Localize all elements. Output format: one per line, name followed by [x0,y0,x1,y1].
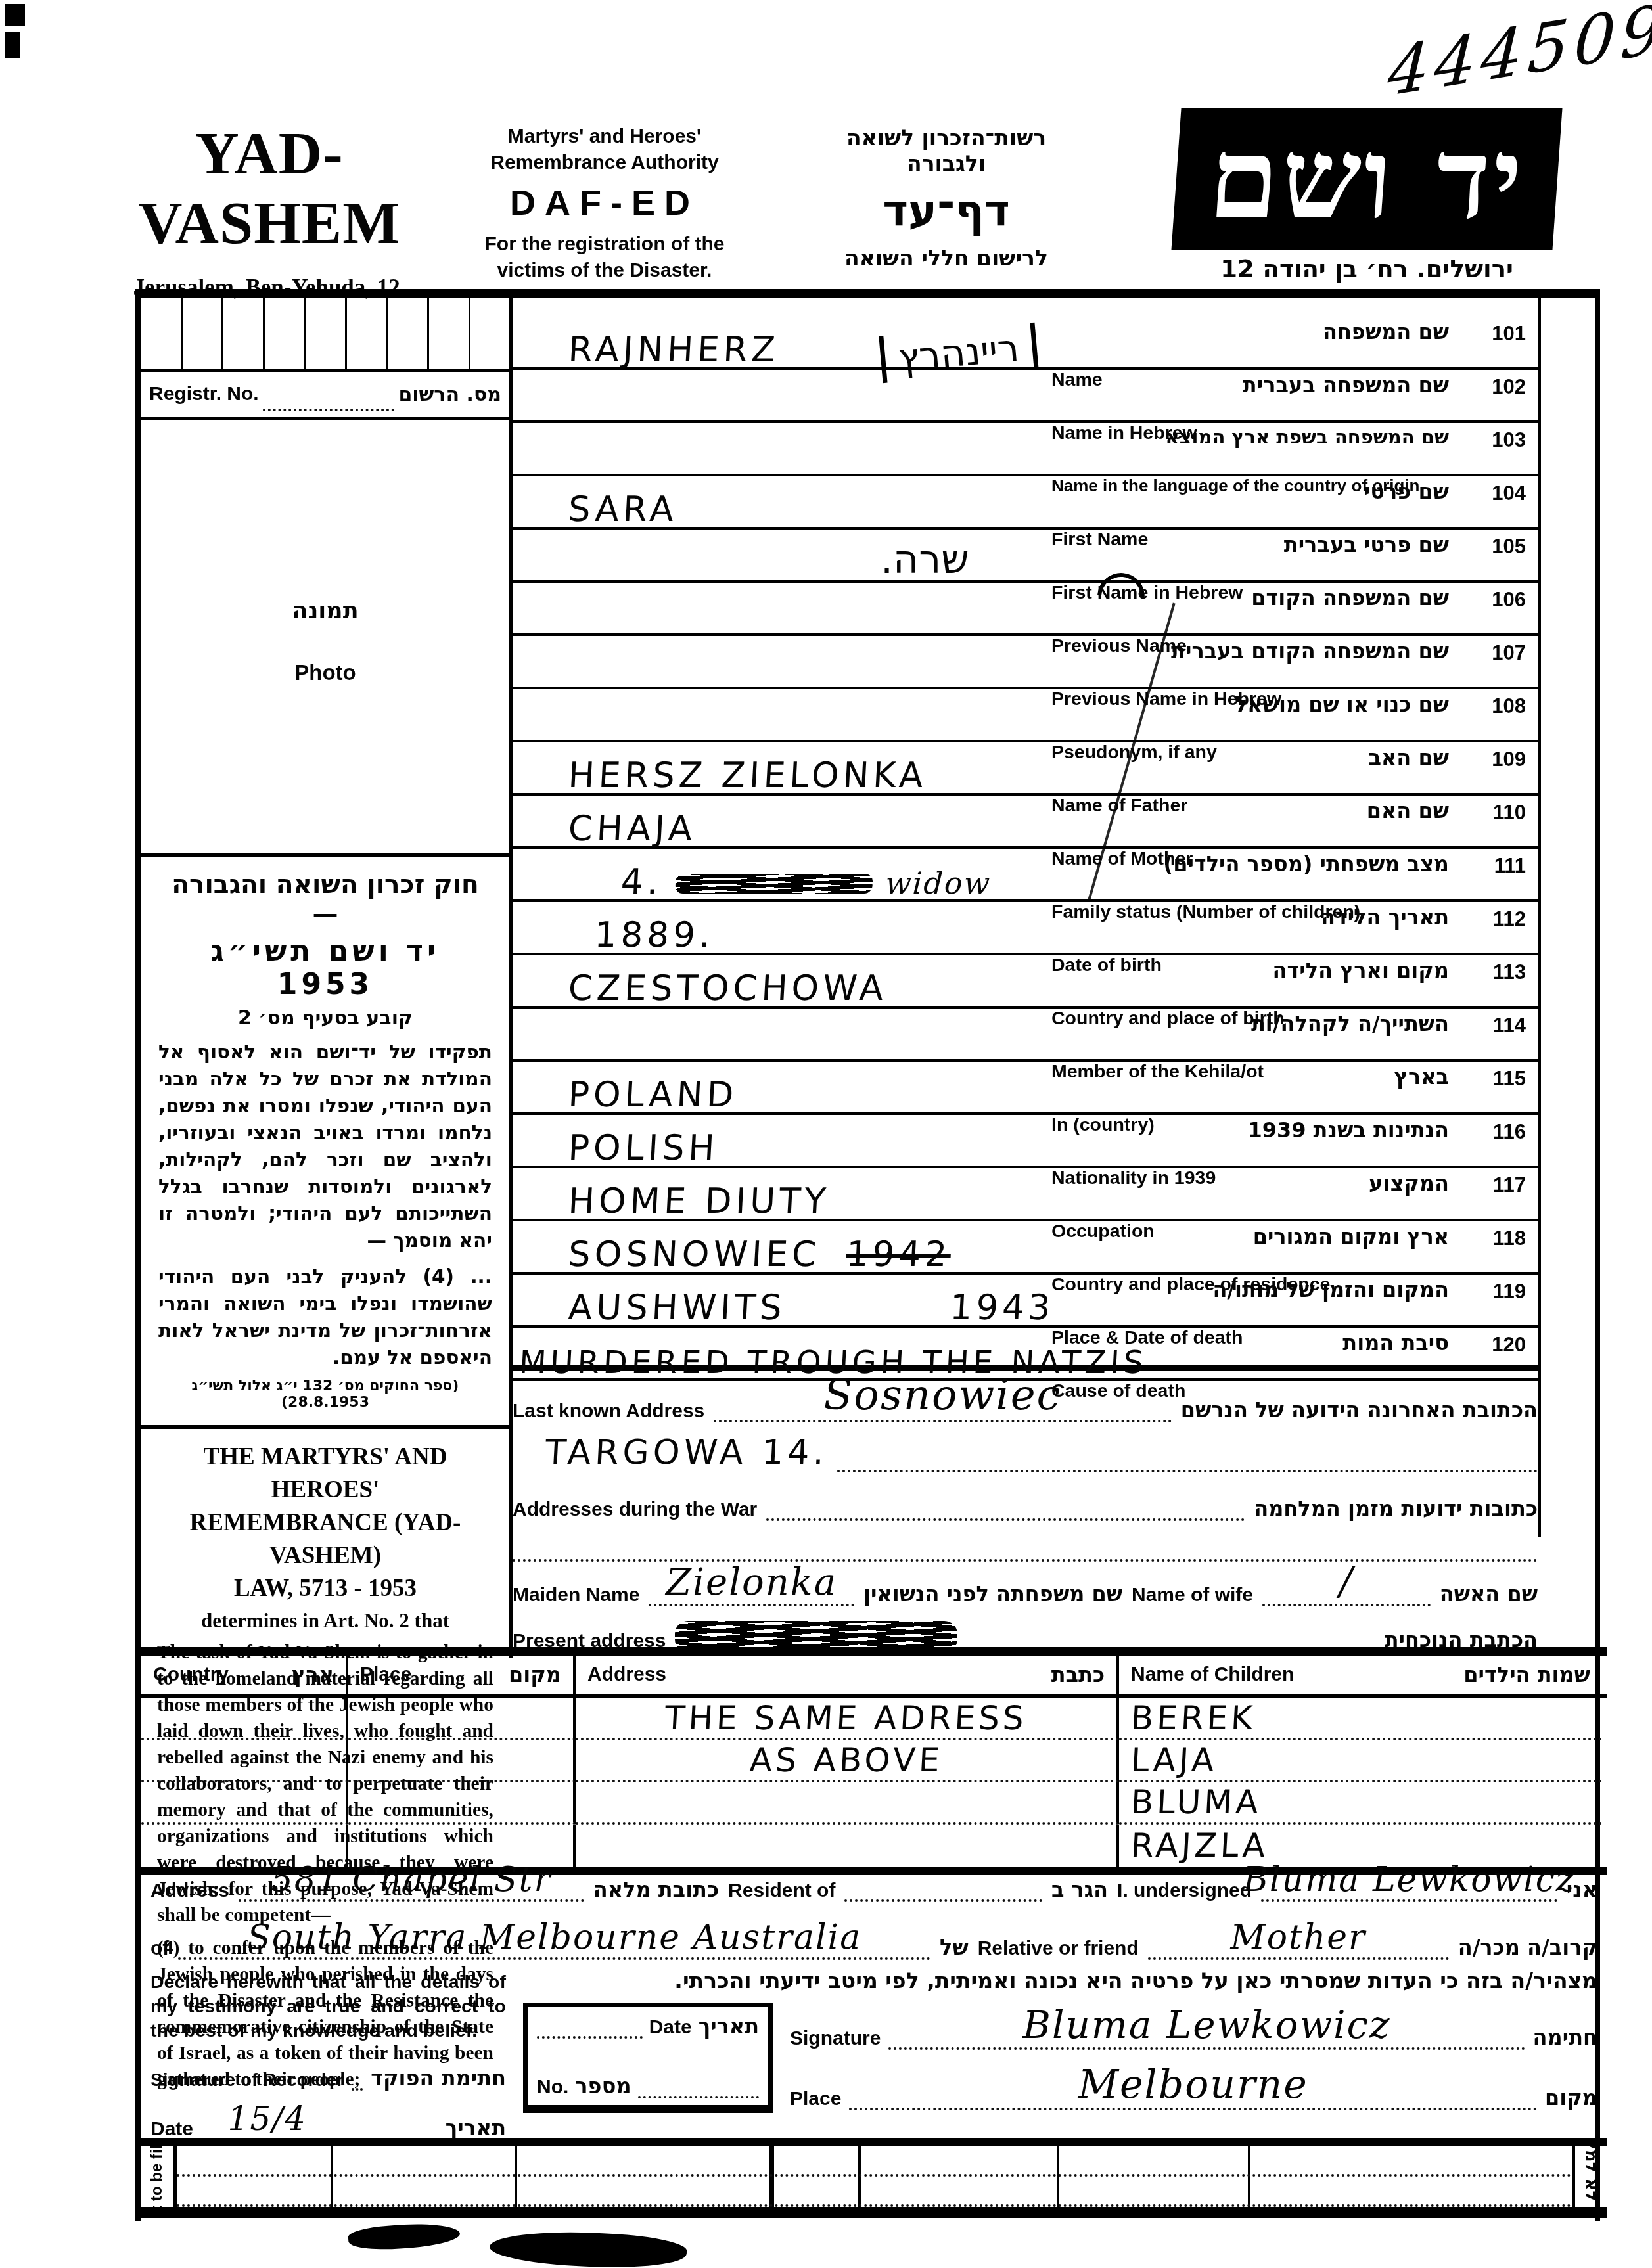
decl-address-label-en: Address [150,1880,229,1902]
field-117-label-he: המקצוע [1369,1171,1449,1196]
field-102-number: 102 [1492,375,1526,399]
field-120-number: 120 [1492,1333,1526,1357]
declaration-section: Address 581 Chapel Str כתובת מלאה Reside… [141,1853,1607,2143]
handwritten-cause-of-death: MURDERED TROUGH THE NATZIS [518,1344,1149,1381]
dotted-line: Mother [1148,1903,1449,1960]
field-row-106: שם המשפחה הקודם 106 Previous Name [513,583,1538,636]
field-row-113: CZESTOCHOWA מקום וארץ הלידה 113 Country … [513,955,1538,1009]
hebrew-not-to-fill-label: נא לא למלא [1581,2146,1601,2207]
photo-label-english: Photo [141,660,509,685]
not-to-be-filled-strip: Not to be filled [141,2146,177,2207]
office-use-table: Not to be filled נא לא למלא [141,2138,1607,2218]
address-cell [576,1782,1119,1825]
field-row-116: POLISH הנתינות בשנת 1939 116 Nationality… [513,1115,1538,1168]
field-117-number: 117 [1493,1173,1526,1197]
recorder-label-he: חתימת הפוקד [371,2066,506,2091]
child-name-cell: LAJA [1119,1740,1602,1782]
field-108-number: 108 [1492,694,1526,718]
field-103-label-en: Name in the language of the country of o… [1051,476,1419,496]
place-header: Place מקום [348,1656,576,1694]
last-known-address-label-he: הכתובת האחרונה הידועה של הנרשם [1181,1397,1538,1422]
numbered-fields: RAJNHERZ ריינהרץ שם המשפחה 101 Name שם ה… [513,317,1538,1381]
registr-box [429,298,470,369]
field-103-label-he: שם המשפחה בשפת ארץ המוצא [1165,426,1449,448]
field-109-label-en: Name of Father [1051,795,1187,817]
scan-smudge [489,2227,687,2268]
signature-place-column: Signature Bluma Lewkowicz חתימה Place Me… [790,2003,1597,2113]
dotted-line [513,1531,1538,1562]
handwritten-declarant-address: 581 Chapel Str [271,1860,552,1899]
field-row-114: השתייך/ה לקהלה/ות 114 Member of the Kehi… [513,1009,1538,1062]
office-column [861,2146,1059,2207]
address-header: Address כתבת [576,1656,1119,1694]
field-119-label-en: Place & Date of death [1051,1327,1243,1349]
children-table-row: BLUMA [141,1782,1607,1825]
handwritten-nationality: POLISH [567,1128,720,1168]
field-101-number: 101 [1492,322,1526,346]
registr-box [265,298,306,369]
authority-line1: Martyrs' and Heroes' [460,124,749,150]
registr-box [470,298,510,369]
field-110-label-he: שם האם [1367,798,1449,823]
handwritten-birth-year: 1889. [593,915,715,955]
place-label-en: Place [790,2088,841,2110]
date-row: Date 15/4 תאריך [150,2093,506,2143]
field-116-number: 116 [1493,1120,1526,1144]
field-115-label-en: In (country) [1051,1114,1155,1136]
logo-hebrew-mark: יד ושם [1171,108,1562,250]
place-cell [348,1698,576,1740]
recorder-signature-row: Signature of Recorder חתימת הפוקד [150,2043,506,2093]
handwritten-child-name: LAJA [1130,1741,1218,1779]
handwritten-father-name: HERSZ ZIELONKA [567,756,928,796]
field-120-label-en: Cause of death [1051,1380,1185,1402]
purpose-hebrew: לרישום חללי השואה [805,245,1088,271]
last-known-address-label-en: Last known Address [513,1400,704,1422]
registr-no-label-he: מס. הרשום [398,383,501,406]
resident-of-label-en: Resident of [728,1880,835,1902]
daf-ed-title: DAF-ED [460,183,749,223]
place-cell [348,1740,576,1782]
photo-label-hebrew: תמונה [141,598,509,624]
last-known-address-line2: TARGOWA 14. [513,1425,1538,1475]
field-111-label-he: מצב משפחתי (מספר הילדים) [1164,851,1449,876]
maiden-name-label-en: Maiden Name [513,1584,639,1606]
dotted-line [263,377,395,412]
field-row-119: AUSHWITS1943 המקום והזמן של מותו/ה 119 P… [513,1275,1538,1328]
decl-address-label-he: כתובת מלאה [593,1877,719,1902]
field-102-label-he: שם המשפחה בעברית [1243,373,1449,397]
field-101-label-he: שם המשפחה [1323,319,1449,344]
english-law-subtitle: determines in Art. No. 2 that [157,1609,493,1633]
dotted-line [844,1865,1042,1902]
authority-line2: Remembrance Authority [460,150,749,176]
hebrew-law-text: חוק זכרון השואה והגבורה — יד ושם תשי״ג 1… [141,853,509,1411]
field-110-number: 110 [1493,801,1526,825]
dotted-line [177,2174,1572,2177]
handwritten-country: POLAND [567,1075,738,1115]
children-table-row: AS ABOVE LAJA [141,1740,1607,1782]
registr-box [183,298,224,369]
field-111-label-en: Family status (Number of children) [1051,901,1360,923]
field-118-number: 118 [1493,1227,1526,1250]
address-section: Last known Address Sosnowiec הכתובת האחר… [513,1371,1538,1655]
declarant-address-row: Address 581 Chapel Str כתובת מלאה Reside… [141,1853,1607,1906]
field-row-118: SOSNOWIEC1942 ארץ ומקום המגורים 118 Coun… [513,1221,1538,1275]
country-cell [141,1782,348,1825]
handwritten-place: Melbourne [1078,2062,1308,2108]
handwritten-mother-name: CHAJA [567,809,697,849]
dotted-line: Bluma Lewkowicz [888,2000,1525,2050]
children-header-he: שמות הילדים [1463,1662,1590,1687]
declaration-right-column: מצהיר/ה בזה כי העדות שמסרתי כאן על פרטיה… [513,1968,1607,2143]
country-cell [141,1740,348,1782]
field-116-label-he: הנתינות בשנת 1939 [1247,1118,1449,1143]
maiden-name-label-he: שם משפחתה לפני הנשואין [863,1581,1122,1606]
scan-artifact [5,32,20,58]
war-addresses-label-en: Addresses during the War [513,1499,757,1521]
dotted-line: Zielonka [649,1562,854,1606]
handwritten-family-status: 4.widow [620,862,992,902]
field-107-label-en: Previous Name in Hebrew [1051,689,1281,710]
children-header-en: Name of Children [1131,1664,1294,1686]
of-label-he: של [940,1935,969,1960]
purpose-line2: victims of the Disaster. [460,258,749,284]
field-row-109: HERSZ ZIELONKA שם האב 109 Name of Father [513,742,1538,796]
purpose-line1: For the registration of the [460,231,749,258]
field-108-label-en: Pseudonym, if any [1051,742,1217,763]
hebrew-law-footnote: (ספר החוקים מס׳ 132 י״ג אלול תשי״ג 28.8.… [158,1378,492,1411]
authority-block-hebrew: רשות־הזכרון לשואה ולגבורה דף־עד לרישום ח… [805,125,1088,271]
declaration-left-column: Declare herewith that all the details of… [141,1968,513,2143]
office-column [517,2146,774,2207]
field-105-number: 105 [1492,535,1526,558]
handwritten-wife-mark: / [1339,1559,1354,1604]
dotted-line [766,1486,1245,1521]
witness-signature-row: Signature Bluma Lewkowicz חתימה [790,2003,1597,2053]
children-table-header: Country ארץ Place מקום Address כתבת Name… [141,1656,1607,1698]
field-114-label-en: Member of the Kehila/ot [1051,1061,1264,1083]
handwritten-child-name: BLUMA [1130,1783,1262,1821]
relative-label-he: קרוב/ה מכר/ה [1458,1935,1597,1960]
field-row-117: HOME DIUTY המקצוע 117 Occupation [513,1168,1538,1221]
war-addresses-row: Addresses during the War כתובות ידועות מ… [513,1475,1538,1524]
country-header: Country ארץ [141,1656,348,1694]
field-113-label-he: מקום וארץ הלידה [1272,958,1449,983]
office-table-columns [177,2146,1572,2207]
country-header-en: Country [153,1664,229,1686]
org-title: YAD-VASHEM [99,118,440,258]
declaration-statement-en: Declare herewith that all the details of… [150,1970,506,2043]
name-of-wife-label-he: שם האשה [1440,1581,1538,1606]
field-112-number: 112 [1493,907,1526,931]
address-header-en: Address [587,1664,666,1686]
registr-no-label-en: Registr. No. [149,383,259,405]
declaration-statement-he: מצהיר/ה בזה כי העדות שמסרתי כאן על פרטיה… [523,1968,1597,1993]
handwritten-undersigned-name: Bluma Lewkowicz [1243,1860,1575,1899]
field-row-108: שם כנוי או שם מושאל 108 Pseudonym, if an… [513,689,1538,742]
address-cell: AS ABOVE [576,1740,1119,1782]
field-113-label-en: Country and place of birth [1051,1008,1285,1030]
signature-label-he: חתימה [1533,2025,1597,2050]
declaration-body: Declare herewith that all the details of… [141,1968,1607,2143]
of-label-en: of [150,1938,169,1960]
field-115-label-he: בארץ [1394,1064,1449,1089]
office-no-label-he: מספר [575,2074,631,2098]
name-of-wife-label-en: Name of wife [1132,1584,1253,1606]
maiden-name-row: Maiden Name Zielonka שם משפחתה לפני הנשו… [513,1564,1538,1609]
daf-ed-hebrew: דף־עד [805,185,1088,236]
office-column [1250,2146,1572,2207]
hebrew-law-body1: תפקידו של יד־ושם הוא לאסוף אל המולדת את … [158,1039,492,1254]
relative-label-en: Relative or friend [978,1938,1139,1960]
registr-box [141,298,183,369]
dotted-line: / [1262,1562,1431,1606]
handwritten-relation: Mother [1230,1918,1366,1957]
dotted-line: South Yarra Melbourne Australia [178,1903,930,1960]
left-sidebar: תמונה Photo חוק זכרון השואה והגבורה — יד… [141,420,513,1658]
war-addresses-label-he: כתובות ידועות מזמן המלחמה [1254,1496,1538,1521]
registr-box [223,298,265,369]
field-105-label-en: First Name in Hebrew [1051,582,1243,604]
resident-of-label-he: הגר ב [1051,1877,1108,1902]
handwritten-first-name-hebrew: שרה. [881,537,969,583]
place-label-he: מקום [1545,2085,1597,2110]
registr-box [347,298,388,369]
field-107-number: 107 [1492,641,1526,665]
place-header-he: מקום [509,1662,561,1687]
handwritten-residence: SOSNOWIEC1942 [567,1235,952,1275]
office-column [1059,2146,1250,2207]
photo-placeholder: תמונה Photo [141,598,509,685]
english-law-title3: LAW, 5713 - 1953 [157,1572,493,1605]
field-110-label-en: Name of Mother [1051,848,1193,870]
field-row-111: 4.widow מצב משפחתי (מספר הילדים) 111 Fam… [513,849,1538,902]
dotted-line: Melbourne [849,2060,1537,2110]
field-row-101: RAJNHERZ ריינהרץ שם המשפחה 101 Name [513,317,1538,370]
field-106-label-en: Previous Name [1051,635,1187,657]
registration-number-boxes [141,298,513,372]
registr-box [306,298,347,369]
declarant-city-row: of South Yarra Melbourne Australia של Re… [141,1906,1607,1964]
handwritten-child-address: THE SAME ADRESS [664,1699,1028,1737]
dotted-line [537,2018,643,2039]
yad-vashem-logo: יד ושם ירושלים. רח׳ בן יהודה 12 [1176,108,1557,283]
office-date-label-he: תאריך [699,2014,759,2039]
field-row-115: POLAND בארץ 115 In (country) [513,1062,1538,1115]
field-row-110: CHAJA שם האם 110 Name of Mother [513,796,1538,849]
office-date-number-box: Date תאריך No. מספר [523,2003,773,2113]
field-119-number: 119 [1493,1280,1526,1304]
field-row-102: שם המשפחה בעברית 102 Name in Hebrew [513,370,1538,423]
scribbled-out-word [675,874,873,894]
yad-vashem-header: YAD-VASHEM Jerusalem, Ben-Yehuda, 12. [99,118,440,301]
children-table-row: THE SAME ADRESS BEREK [141,1698,1607,1740]
english-law-title1: THE MARTYRS' AND HEROES' [157,1441,493,1507]
country-cell [141,1698,348,1740]
death-year: 1943 [949,1288,1055,1328]
recorder-label-en: Signature of Recorder [150,2070,344,2091]
address-cell: THE SAME ADRESS [576,1698,1119,1740]
handwritten-child-name: BEREK [1130,1699,1256,1737]
hebrew-law-body2: ... (4) להעניק לבני העם היהודי שהושמדו ו… [158,1263,492,1371]
english-law-title2: REMEMBRANCE (YAD-VASHEM) [157,1507,493,1572]
field-row-103: שם המשפחה בשפת ארץ המוצא 103 Name in the… [513,423,1538,476]
scan-artifact [5,4,25,26]
office-column [177,2146,333,2207]
dotted-line [638,2078,759,2098]
handwritten-date: 15/4 [228,2100,307,2138]
field-109-number: 109 [1492,748,1526,771]
handwritten-declarant-city: South Yarra Melbourne Australia [247,1918,861,1957]
logo-address-hebrew: ירושלים. רח׳ בן יהודה 12 [1176,255,1557,283]
handwritten-child-address: AS ABOVE [748,1741,944,1779]
dotted-line: 15/4 [201,2091,438,2141]
field-row-112: 1889. תאריך הלידה 112 Date of birth [513,902,1538,955]
handwritten-maiden-name: Zielonka [666,1561,837,1604]
handwritten-signature: Bluma Lewkowicz [1022,2003,1390,2047]
field-118-label-en: Country and place of residence [1051,1274,1330,1296]
empty-dotted-row [513,1524,1538,1564]
dotted-line [837,1436,1538,1472]
dotted-line: Bluma Lewkowicz [1261,1851,1557,1902]
field-115-number: 115 [1493,1067,1526,1091]
office-number-line: No. מספר [537,2074,759,2098]
children-table: Country ארץ Place מקום Address כתבת Name… [141,1647,1607,1875]
undersigned-label-en: I. undersigned [1117,1880,1252,1902]
field-113-number: 113 [1493,961,1526,984]
office-column [333,2146,518,2207]
field-107-label-he: שם המשפחה הקודם בעברית [1171,639,1449,664]
field-112-label-en: Date of birth [1051,955,1162,976]
office-no-label-en: No. [537,2076,568,2098]
field-106-label-he: שם המשפחה הקודם [1251,585,1449,610]
country-header-he: ארץ [292,1662,334,1687]
right-margin-rule [1538,298,1541,1537]
field-105-label-he: שם פרטי בעברית [1284,532,1449,557]
field-116-label-en: Nationality in 1939 [1051,1168,1216,1189]
field-104-label-en: First Name [1051,529,1148,551]
field-106-number: 106 [1492,588,1526,612]
date-label-en: Date [150,2118,193,2141]
field-120-label-he: סיבת המות [1342,1330,1449,1355]
struck-year: 1942 [845,1235,952,1275]
field-row-105: שרה. שם פרטי בעברית 105 First Name in He… [513,530,1538,583]
handwritten-place-of-death: AUSHWITS1943 [567,1288,1055,1328]
registr-box [388,298,429,369]
handwritten-registration-number: 444509 [1387,0,1652,112]
office-date-label-en: Date [649,2016,692,2039]
child-name-cell: BLUMA [1119,1782,1602,1825]
field-114-number: 114 [1493,1014,1526,1037]
handwritten-first-name: SARA [567,489,678,530]
signature-label-en: Signature [790,2028,881,2050]
handwritten-surname: RAJNHERZ [567,330,780,370]
authority-hebrew-line1: רשות־הזכרון לשואה ולגבורה [805,125,1088,176]
field-104-number: 104 [1492,482,1526,505]
hebrew-law-title2: יד ושם תשי״ג 1953 [158,934,492,1001]
handwritten-birthplace: CZESTOCHOWA [567,968,888,1009]
date-label-he: תאריך [446,2116,506,2141]
dotted-line [352,2054,363,2091]
field-103-number: 103 [1492,428,1526,452]
field-109-label-he: שם האב [1369,745,1449,770]
scanned-testimony-page: 444509 YAD-VASHEM Jerusalem, Ben-Yehuda,… [0,0,1652,2268]
scan-smudge [348,2221,461,2252]
dotted-line: 581 Chapel Str [239,1851,584,1902]
field-102-label-en: Name in Hebrew [1051,422,1197,444]
registr-no-row: Registr. No. מס. הרשום [141,372,513,420]
office-date-line: Date תאריך [537,2014,759,2039]
field-111-number: 111 [1494,854,1526,878]
place-header-en: Place [360,1664,411,1686]
child-name-cell: BEREK [1119,1698,1602,1740]
field-row-107: שם המשפחה הקודם בעברית 107 Previous Name… [513,636,1538,689]
handwritten-occupation: HOME DIUTY [567,1181,831,1221]
authority-block: Martyrs' and Heroes' Remembrance Authori… [460,124,749,284]
office-column [774,2146,861,2207]
testimony-form: Registr. No. מס. הרשום תמונה Photo חוק ז… [135,289,1600,2221]
handwritten-street: TARGOWA 14. [544,1433,829,1472]
children-header: Name of Children שמות הילדים [1119,1656,1602,1694]
address-header-he: כתבת [1051,1662,1105,1687]
place-cell [348,1782,576,1825]
place-row: Place Melbourne מקום [790,2063,1597,2113]
hebrew-not-to-fill-strip: נא לא למלא [1572,2146,1607,2207]
dotted-line [177,2204,1572,2207]
hebrew-law-title1: חוק זכרון השואה והגבורה — [158,870,492,929]
datebox-signature-row: Date תאריך No. מספר Signature [523,2003,1597,2113]
hebrew-law-title3: קובע בסעיף מס׳ 2 [158,1007,492,1030]
field-101-label-en: Name [1051,369,1103,391]
field-117-label-en: Occupation [1051,1221,1155,1242]
not-to-be-filled-label: Not to be filled [148,2146,166,2207]
field-118-label-he: ארץ ומקום המגורים [1253,1224,1449,1249]
